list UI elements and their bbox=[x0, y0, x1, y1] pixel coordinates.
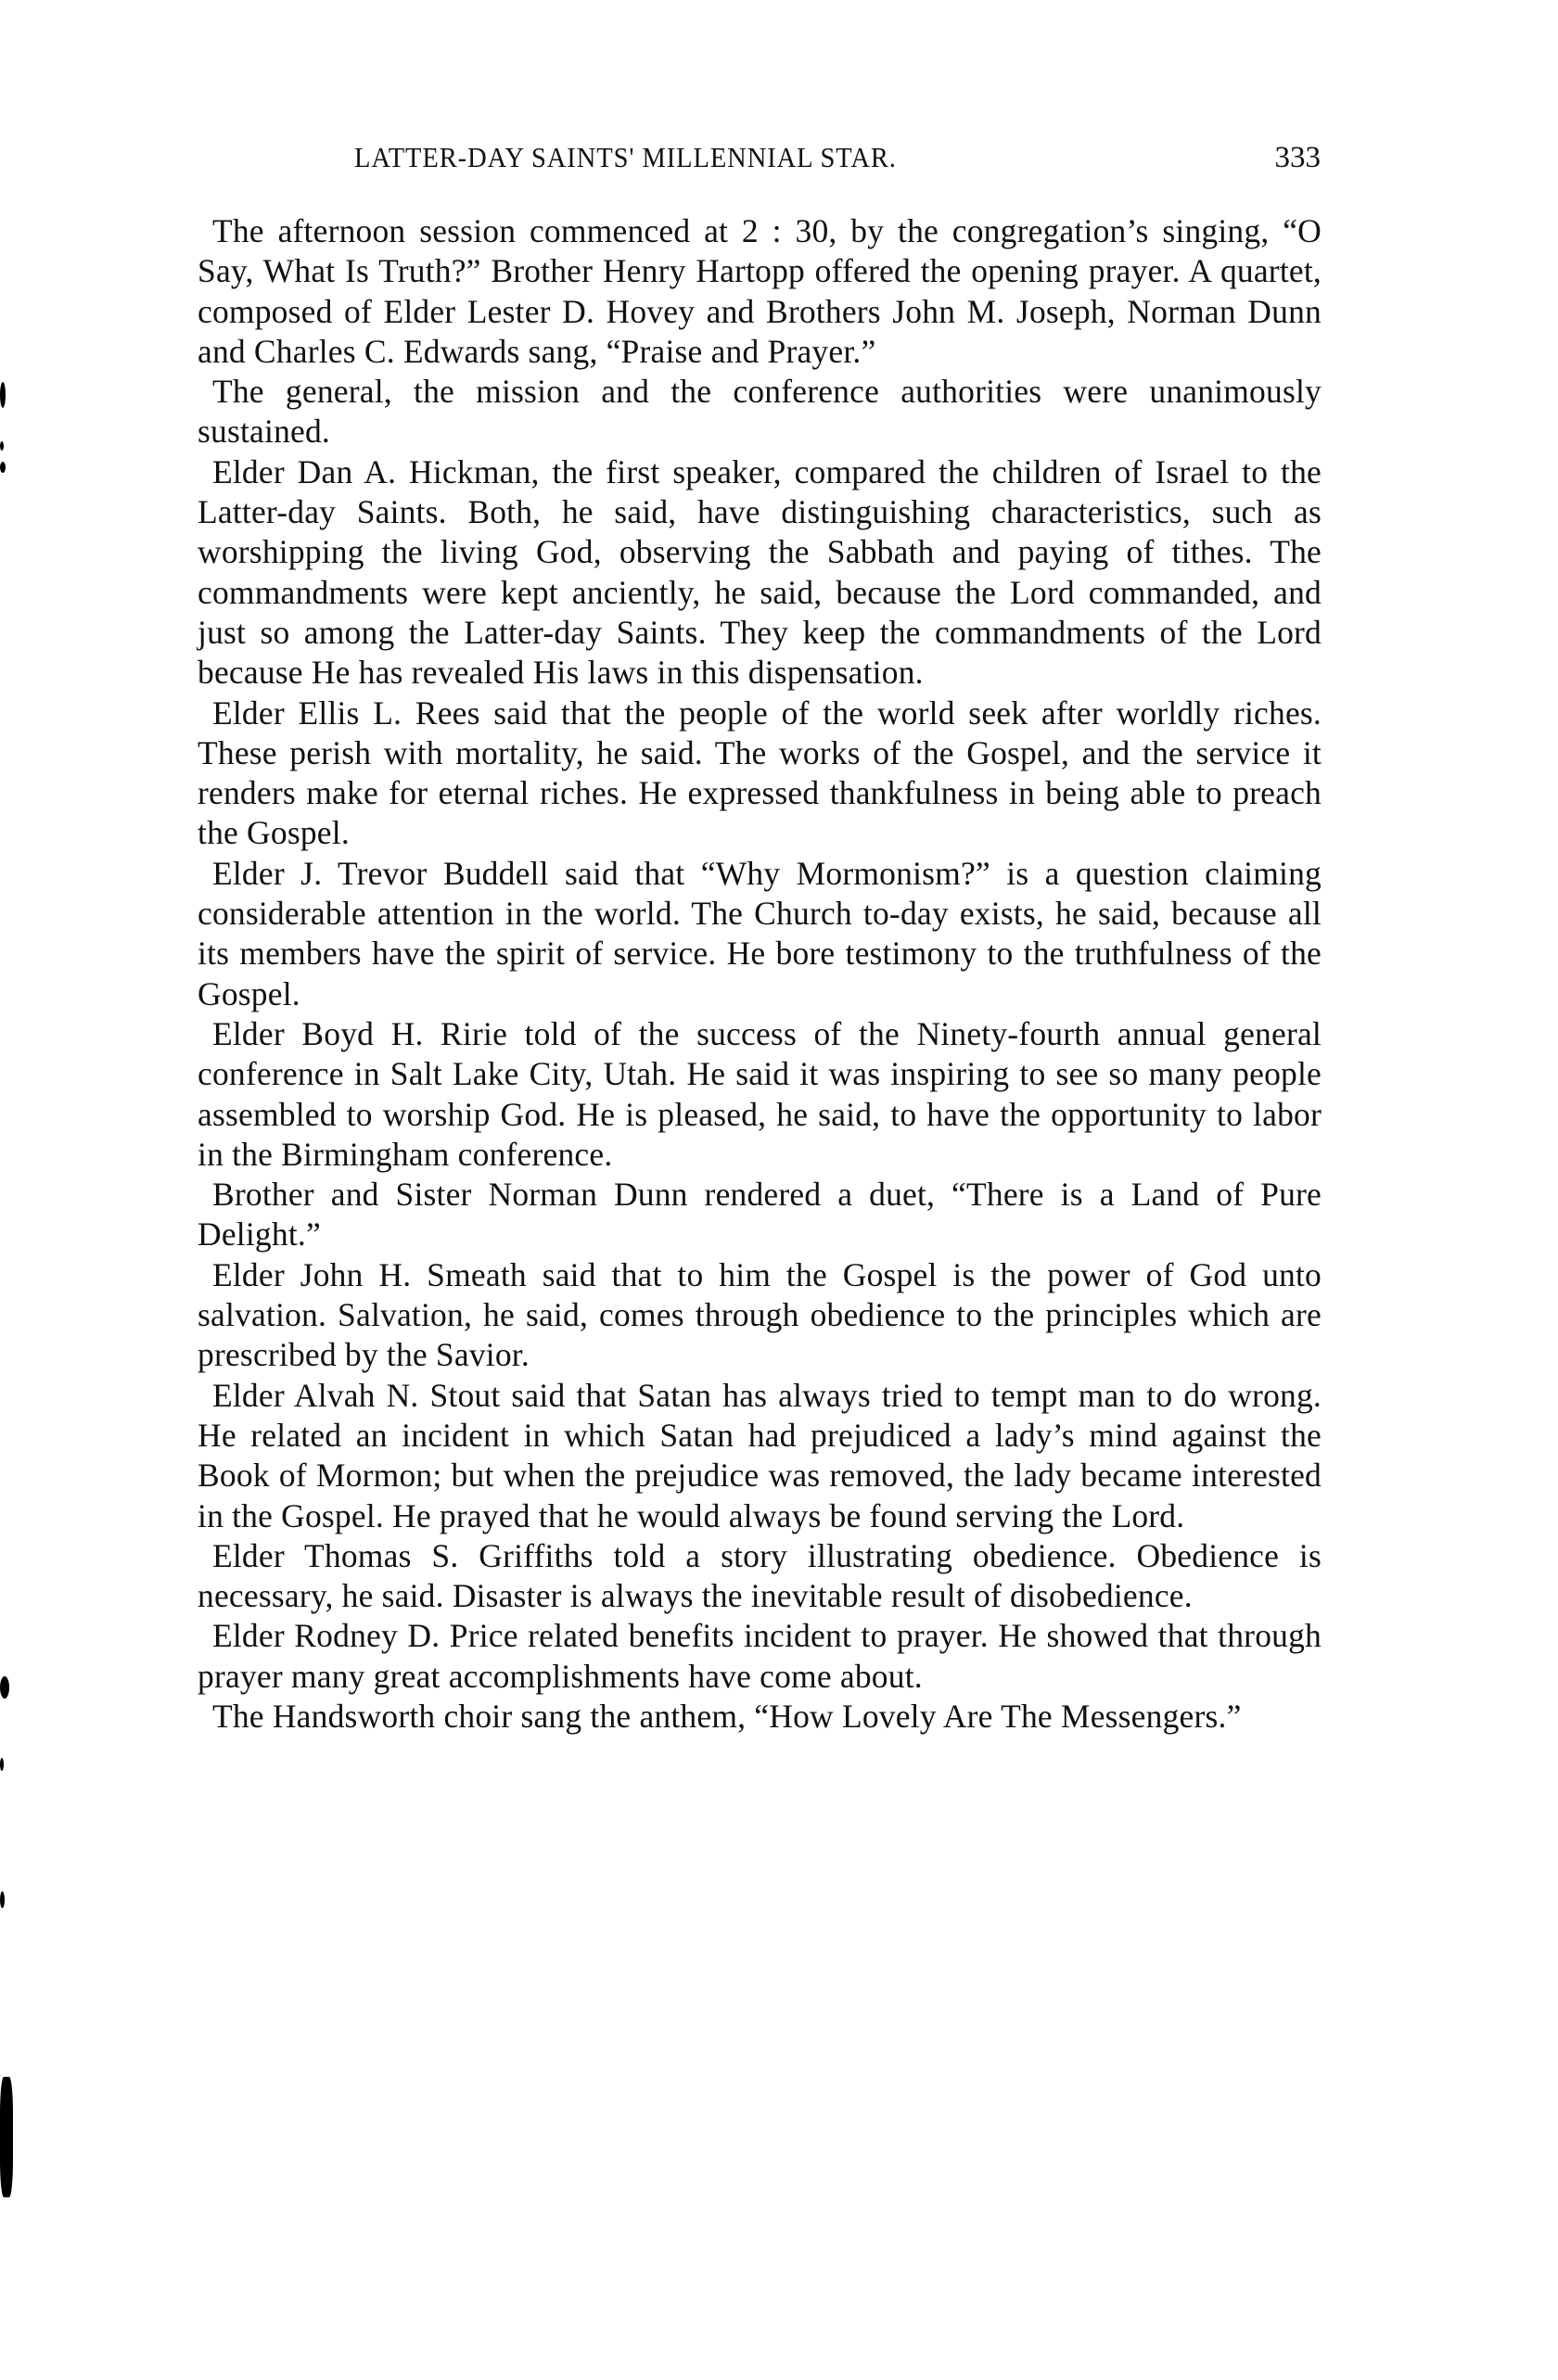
paragraph-handsworth-choir: The Handsworth choir sang the anthem, “H… bbox=[198, 1697, 1322, 1737]
paragraph-griffiths: Elder Thomas S. Griffiths told a story i… bbox=[198, 1536, 1322, 1617]
document-page: LATTER-DAY SAINTS' MILLENNIAL STAR. 333 … bbox=[0, 0, 1558, 2380]
article-body: The afternoon session commenced at 2 : 3… bbox=[198, 211, 1322, 1737]
scan-artifact bbox=[0, 1676, 9, 1699]
scan-artifact bbox=[0, 1758, 4, 1771]
scan-artifact bbox=[0, 1891, 5, 1908]
paragraph-authorities-sustained: The general, the mission and the confere… bbox=[198, 372, 1322, 452]
paragraph-dunn-duet: Brother and Sister Norman Dunn rendered … bbox=[198, 1175, 1322, 1255]
paragraph-smeath: Elder John H. Smeath said that to him th… bbox=[198, 1255, 1322, 1376]
paragraph-hickman: Elder Dan A. Hickman, the first speaker,… bbox=[198, 452, 1322, 694]
paragraph-price: Elder Rodney D. Price related benefits i… bbox=[198, 1616, 1322, 1697]
paragraph-rees: Elder Ellis L. Rees said that the people… bbox=[198, 694, 1322, 854]
paragraph-stout: Elder Alvah N. Stout said that Satan has… bbox=[198, 1376, 1322, 1536]
scan-artifact bbox=[0, 462, 6, 473]
scan-artifact bbox=[0, 382, 6, 408]
paragraph-afternoon-session: The afternoon session commenced at 2 : 3… bbox=[198, 211, 1322, 372]
paragraph-buddell: Elder J. Trevor Buddell said that “Why M… bbox=[198, 854, 1322, 1014]
paragraph-ririe: Elder Boyd H. Ririe told of the success … bbox=[198, 1014, 1322, 1175]
scan-artifact bbox=[0, 441, 4, 451]
page-number: 333 bbox=[1275, 141, 1322, 175]
running-title: LATTER-DAY SAINTS' MILLENNIAL STAR. bbox=[354, 141, 897, 174]
scan-artifact bbox=[0, 2077, 13, 2197]
running-header: LATTER-DAY SAINTS' MILLENNIAL STAR. 333 bbox=[354, 141, 1321, 175]
